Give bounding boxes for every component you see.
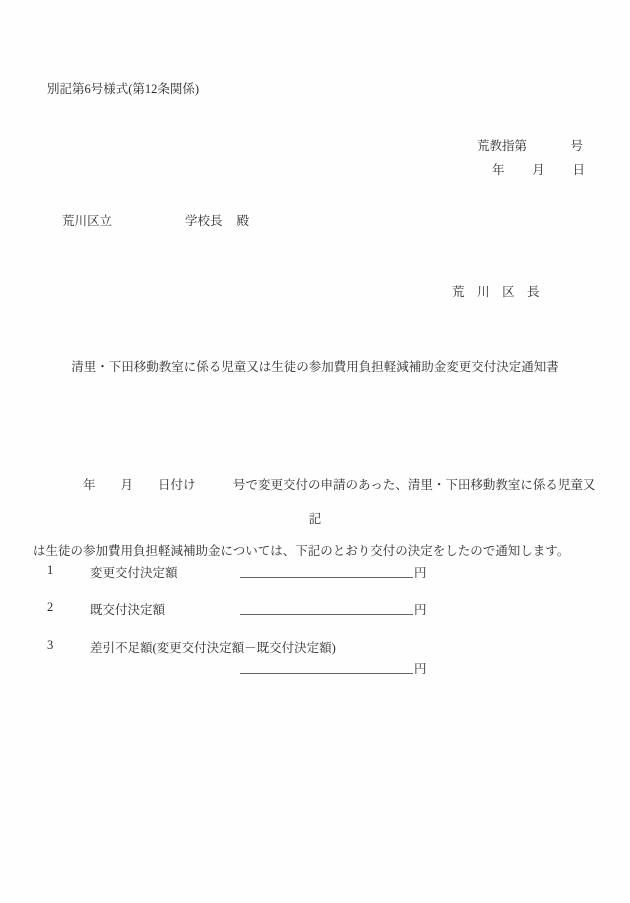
item-number: 2 [47, 600, 53, 615]
date-month-label: 月 [532, 160, 545, 178]
body-line-2: は生徒の参加費用負担軽減補助金については、下記のとおり交付の決定をしたので通知し… [33, 540, 603, 562]
date-line: 年 月 日 [492, 160, 585, 178]
unit-label: 円 [414, 600, 427, 618]
fill-in-line [240, 658, 413, 674]
item-label: 変更交付決定額 [90, 563, 178, 581]
unit-label: 円 [414, 563, 427, 581]
document-page: 別記第6号様式(第12条関係) 荒教指第 号 年 月 日 荒川区立 学校長 殿 … [0, 0, 630, 903]
item-row-3-fill: 円 [0, 659, 630, 677]
item-label: 差引不足額(変更交付決定額－既交付決定額) [90, 638, 336, 656]
document-number-prefix: 荒教指第 [477, 136, 527, 154]
item-number: 1 [47, 563, 53, 578]
item-row-1: 1 変更交付決定額 円 [0, 563, 630, 581]
section-mark: 記 [0, 509, 630, 527]
addressee-ward-prefix: 荒川区立 [62, 211, 112, 229]
addressee-honorific: 殿 [237, 211, 250, 229]
addressee-recipient: 学校長 [185, 211, 223, 229]
document-title: 清里・下田移動教室に係る児童又は生徒の参加費用負担軽減補助金変更交付決定通知書 [0, 357, 630, 375]
item-row-3: 3 差引不足額(変更交付決定額－既交付決定額) [0, 638, 630, 656]
form-number-label: 別記第6号様式(第12条関係) [47, 79, 199, 97]
item-row-2: 2 既交付決定額 円 [0, 600, 630, 618]
fill-in-line [240, 599, 413, 615]
date-day-label: 日 [572, 160, 585, 178]
date-year-label: 年 [492, 160, 505, 178]
body-line-1: 年 月 日付け 号で変更交付の申請のあった、清里・下田移動教室に係る児童又 [33, 474, 603, 496]
sender-line: 荒 川 区 長 [452, 282, 540, 300]
addressee-line: 荒川区立 学校長 殿 [62, 211, 249, 229]
item-label: 既交付決定額 [90, 600, 165, 618]
fill-in-line [240, 562, 413, 578]
item-number: 3 [47, 638, 53, 653]
document-number-suffix: 号 [570, 136, 583, 154]
document-number-line: 荒教指第 号 [477, 136, 583, 154]
unit-label: 円 [414, 659, 427, 677]
